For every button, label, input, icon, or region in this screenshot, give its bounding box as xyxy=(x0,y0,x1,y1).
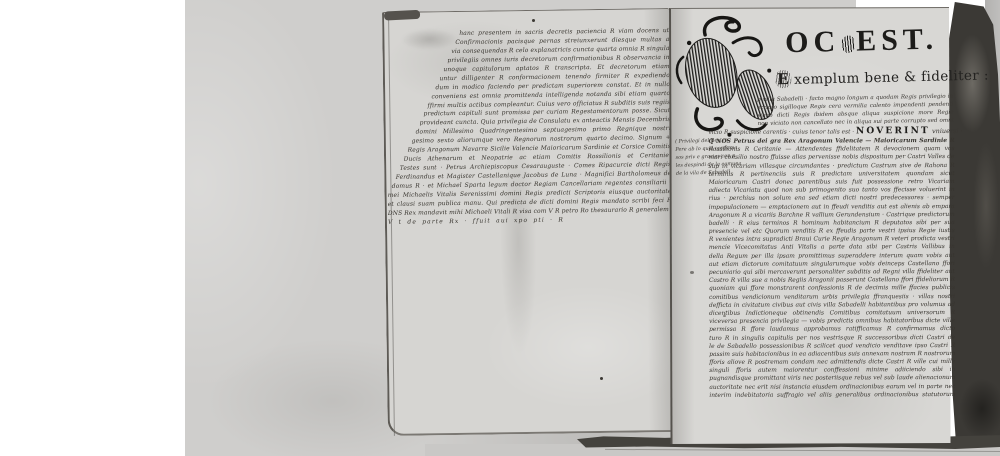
text-line: rius · perchius non solum ena sed etiam … xyxy=(709,194,955,203)
ink-spot xyxy=(723,315,726,317)
page-heading: OCEST. xyxy=(785,22,950,60)
heading-part2: EST. xyxy=(856,23,939,58)
table-edge-line xyxy=(605,449,1000,452)
right-manuscript-page: 3 OCEST. Exemplum bene & fideli xyxy=(669,7,951,444)
heading-ornament-icon xyxy=(839,34,857,54)
text-line: mari consilio nostro ffuisse alias perve… xyxy=(709,153,955,162)
ink-spot xyxy=(532,19,535,22)
text-line: interim indebitatoria suffragio vel alii… xyxy=(709,391,955,400)
heading-part1: OC xyxy=(785,25,841,59)
text-line: quoniam qui ffore monstrarent confession… xyxy=(709,284,955,293)
charter-body-text: Q NOS Petrus dei gra Rex Aragonum Valenc… xyxy=(708,137,955,400)
text-line: V t de parte Rx · ffuit aui xpo pti · R … xyxy=(388,216,564,227)
noverint-tail: vniuersi · xyxy=(930,127,963,135)
corner-ink-mark xyxy=(384,10,420,21)
text-line: permissa R ffore laudamus approbamus rat… xyxy=(709,325,955,334)
preamble-text: p villa Sabadelli · facto magno longum a… xyxy=(757,93,954,129)
ink-spot xyxy=(690,271,694,274)
manuscript-photo-page: hanc presentem in sacris decretis pacien… xyxy=(0,0,1000,456)
noverint-caps: NOVERINT xyxy=(856,126,930,136)
left-page-text: hanc presentem in sacris decretis pacien… xyxy=(385,27,672,228)
book-photograph: hanc presentem in sacris decretis pacien… xyxy=(185,0,856,456)
noverint-lead: vicio R suspicione carentis · cuius teno… xyxy=(708,129,856,136)
ink-spot xyxy=(600,377,603,380)
left-manuscript-page: hanc presentem in sacris decretis pacien… xyxy=(382,8,675,436)
decorated-initial-e: E xyxy=(775,70,791,88)
noverint-line: vicio R suspicione carentis · cuius teno… xyxy=(708,126,954,137)
margin-note: ( Privilegi del Rey enPere ab lo qual co… xyxy=(675,136,742,178)
page-subheading: Exemplum bene & fideliter : xyxy=(775,66,951,88)
